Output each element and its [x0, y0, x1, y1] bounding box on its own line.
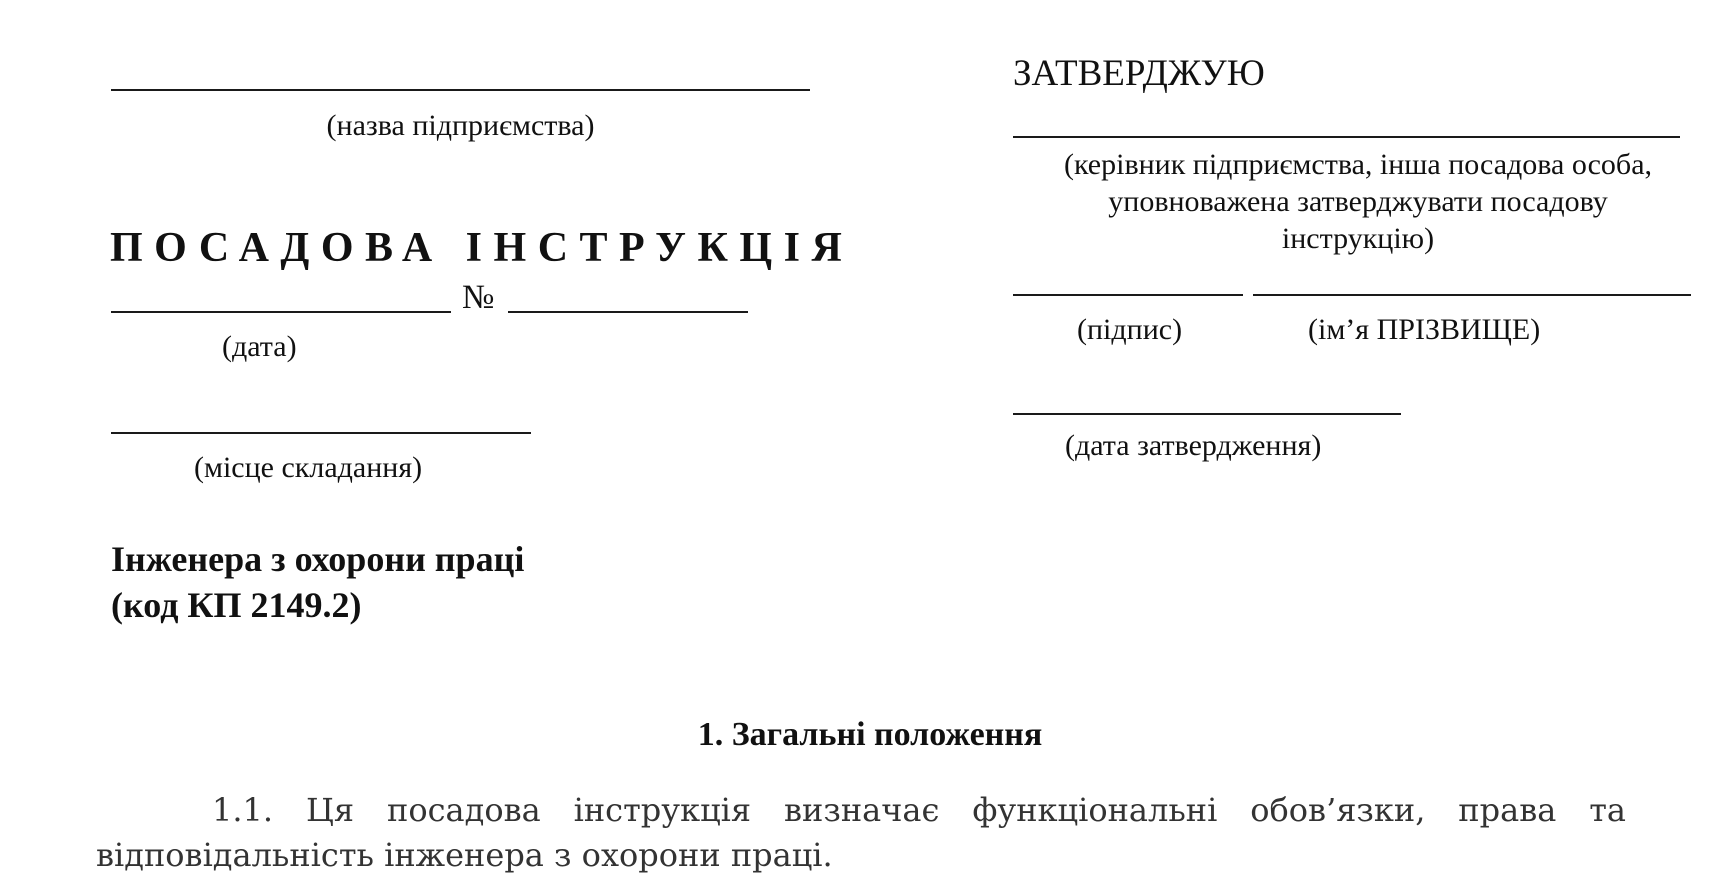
approver-caption-line-1: (керівник підприємства, інша посадова ос… [1013, 146, 1703, 183]
position-title-line-1: Інженера з охорони праці [111, 536, 524, 582]
paragraph-1-1: 1.1. Ця посадова інструкція визначає фун… [96, 788, 1626, 874]
approver-caption: (керівник підприємства, інша посадова ос… [1013, 146, 1703, 257]
paragraph-1-1-text: 1.1. Ця посадова інструкція визначає фун… [96, 791, 1626, 874]
date-field-line[interactable] [111, 311, 451, 313]
place-caption: (місце складання) [194, 450, 422, 486]
section-heading: 1. Загальні положення [0, 714, 1718, 756]
approver-field-line[interactable] [1013, 136, 1680, 138]
signature-field-line[interactable] [1013, 294, 1243, 296]
company-name-field-line[interactable] [111, 89, 810, 91]
document-title: ПОСАДОВА ІНСТРУКЦІЯ [110, 222, 853, 274]
position-code: (код КП 2149.2) [111, 582, 524, 628]
company-name-caption: (назва підприємства) [111, 108, 810, 144]
date-caption: (дата) [222, 329, 297, 365]
position-title: Інженера з охорони праці (код КП 2149.2) [111, 536, 524, 628]
number-sign: № [462, 278, 494, 318]
signature-caption: (підпис) [1077, 312, 1182, 348]
approver-name-caption: (ім’я ПРІЗВИЩЕ) [1308, 312, 1540, 348]
approver-name-field-line[interactable] [1253, 294, 1691, 296]
place-field-line[interactable] [111, 432, 531, 434]
approval-title: ЗАТВЕРДЖУЮ [1013, 52, 1265, 96]
document-number-field-line[interactable] [508, 311, 748, 313]
approval-date-field-line[interactable] [1013, 413, 1401, 415]
approver-caption-line-3: інструкцію) [1013, 220, 1703, 257]
approver-caption-line-2: уповноважена затверджувати посадову [1013, 183, 1703, 220]
approval-date-caption: (дата затвердження) [1065, 428, 1321, 464]
